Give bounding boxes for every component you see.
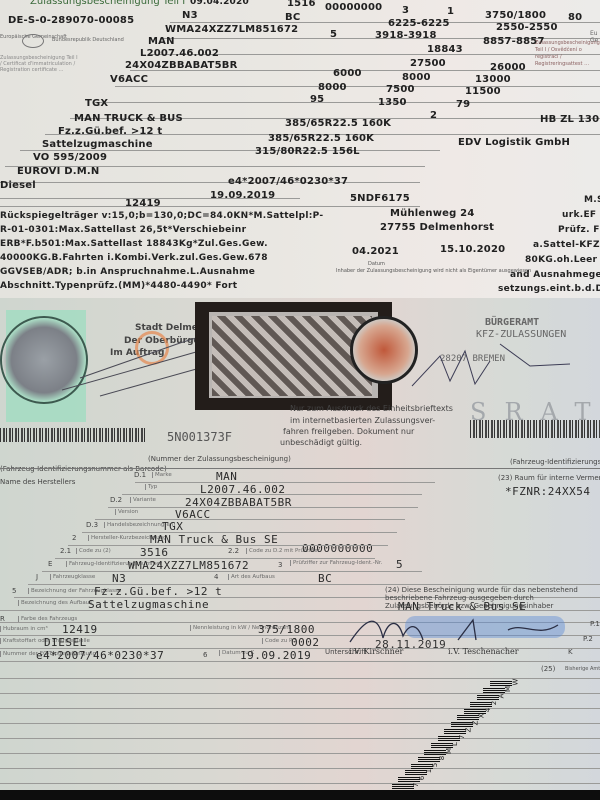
barcode-char: 4 <box>484 707 492 711</box>
field-K-type-value: L2007.46.002 <box>140 48 219 59</box>
part-one-header: Zulassungsbescheinigung Teil I <box>30 0 185 7</box>
right-value: 5NDF6175 <box>350 193 410 204</box>
code-D1: D.1 <box>134 471 146 479</box>
right-value: 385/65R22.5 160K <box>268 133 374 144</box>
right-value: 5 <box>330 29 337 40</box>
remark-right: 80KG.oh.Leer <box>525 255 597 265</box>
barcode-segment <box>405 769 427 775</box>
rule <box>42 571 422 572</box>
barcode-char: Z <box>464 728 472 733</box>
part2-code-d2-value: 0000000000 <box>302 542 373 555</box>
right-value: 95 <box>310 94 324 105</box>
code-K: K <box>568 648 573 656</box>
field-2-value: MAN TRUCK & BUS <box>74 113 183 124</box>
rule <box>68 545 388 546</box>
barcode-char: X <box>478 714 486 719</box>
field-5-class-value: Fz.z.Gü.bef. >12 t <box>58 126 162 137</box>
issuer-country: Bundesrepublik Deutschland <box>52 37 124 44</box>
right-value: 04.2021 <box>352 246 399 257</box>
right-value: 1350 <box>378 97 407 108</box>
code-2-2: 2.2 <box>228 547 239 555</box>
remark-right: M.S <box>584 195 600 205</box>
right-value: EDV Logistik GmbH <box>458 137 570 148</box>
barcode-char: A <box>497 693 505 698</box>
field-P1-value: 12419 <box>125 198 161 209</box>
rule <box>0 738 600 739</box>
barcode-segment <box>392 783 414 789</box>
barcode-segment <box>470 701 492 707</box>
field-D2-version-value: V6ACC <box>110 74 148 85</box>
right-value: 26000 <box>490 62 526 73</box>
barcode-segment <box>424 749 446 755</box>
right-value: 3 <box>402 5 409 16</box>
code-E: E <box>48 560 52 568</box>
right-value: 2 <box>430 110 437 121</box>
right-value: 80 <box>568 12 582 23</box>
barcode-char: L <box>451 742 459 746</box>
barcode-char: 7 <box>412 783 420 787</box>
rule <box>55 558 375 559</box>
right-value: 6000 <box>333 68 362 79</box>
remark-line: Abschnitt.Typenprüfz.(MM)*4480-4490* For… <box>0 281 237 291</box>
multilingual-heading: Zulassungsbescheinigung Teil I / Certifi… <box>0 55 80 73</box>
label: Prüfziffer zur Fahrzeug-Ident.-Nr. <box>290 560 382 566</box>
field-E-value: WMA24XZZ7LM851672 <box>165 24 298 35</box>
label: Hubraum in cm³ <box>0 626 48 632</box>
right-value: 315/80R22.5 156L <box>255 146 360 157</box>
code-4: 4 <box>214 573 218 581</box>
qr-frame <box>195 302 392 312</box>
field-D1-value: MAN <box>148 36 175 47</box>
barcode-char: M <box>504 686 512 692</box>
rule <box>20 150 440 151</box>
rule <box>122 494 422 495</box>
rule <box>0 783 600 784</box>
barcode-char: 1 <box>425 769 433 773</box>
bremen-seal-icon <box>350 316 418 384</box>
part2-check-digit-value: 5 <box>396 558 403 571</box>
label: Art des Aufbaus <box>228 574 275 580</box>
barcode-char: 8 <box>438 755 446 759</box>
remark-right: Prüfz. F <box>558 225 600 235</box>
manufacturer-label: Name des Herstellers <box>0 478 75 486</box>
right-value: 1 <box>447 6 454 17</box>
right-code-label: Bisherige Amtliche <box>565 666 600 672</box>
internal-notes-label: (23) Raum für interne Vermerke des Herst… <box>498 474 600 482</box>
rule <box>0 678 600 679</box>
code-D3: D.3 <box>86 521 98 529</box>
multilingual-note: Zulassungsbescheinigung Teil I / Osvědče… <box>535 40 600 68</box>
rule <box>0 182 420 183</box>
code-6: 6 <box>203 651 207 659</box>
code-P1: P.1 <box>590 620 600 628</box>
notice-line: im internetbasierten Zulassungsver- <box>290 416 435 425</box>
right-value: 3918-3918 <box>375 30 437 41</box>
right-value: 27755 Delmenhorst <box>380 222 494 233</box>
cert-number: 5N001373F <box>167 430 232 444</box>
label: Bezeichnung des Aufbaus <box>18 600 92 606</box>
office-line: BÜRGERAMT <box>485 317 539 328</box>
right-value: 13000 <box>475 74 511 85</box>
code-3: 3 <box>278 561 282 569</box>
code-P2: P.2 <box>583 635 593 643</box>
right-value: 27500 <box>410 58 446 69</box>
barcode-segment <box>483 687 505 693</box>
label: Code zu (2) <box>76 548 111 554</box>
right-value: Mühlenweg 24 <box>390 208 475 219</box>
remark-right: setzungs.eint.b.d.Dial <box>498 284 600 294</box>
right-value: 8000 <box>402 72 431 83</box>
rule <box>0 206 420 207</box>
right-value: 18843 <box>427 44 463 55</box>
right-value: 00000000 <box>325 2 382 13</box>
code-25: (25) <box>541 665 555 673</box>
barcode-segment <box>438 735 460 741</box>
remark-line: ERB*F.b501:Max.Sattellast 18843Kg*Zul.Ge… <box>0 239 268 249</box>
right-value: 2550-2550 <box>496 22 558 33</box>
remark-right: and Ausnahmegen <box>510 270 600 280</box>
vin-label: (Fahrzeug-Identifizierungsnummer) <box>510 458 600 466</box>
rule <box>108 507 418 508</box>
rule <box>28 584 600 585</box>
notice-line: Nur zum Ausdruck des Einheitsbrieftexts <box>290 404 453 413</box>
barcode-segment <box>418 756 440 762</box>
cert-barcode[interactable] <box>470 420 600 438</box>
rule <box>135 482 435 483</box>
remark-line: R-01-0301:Max.Sattellast 26,5t*Verschieb… <box>0 225 246 235</box>
qr-code-icon <box>212 316 372 396</box>
remark-right: urk.EF 5 <box>562 210 600 220</box>
remark-line: 40000KG.B.Fahrten i.Kombi.Verk.zul.Ges.G… <box>0 253 268 263</box>
right-value: HB ZL 130 <box>540 114 599 125</box>
rule <box>0 693 600 694</box>
field-K-approval-value: e4*2007/46*0230*37 <box>228 176 348 187</box>
field-6-value: 19.09.2019 <box>210 190 275 201</box>
right-value: 8000 <box>318 82 347 93</box>
rule <box>0 768 600 769</box>
internal-notes-value: *FZNR:24XX54 <box>505 485 590 498</box>
date-label: Datum <box>368 261 385 267</box>
registration-part-one: Zulassungsbescheinigung Teil I DE-S-0-28… <box>0 0 600 300</box>
field-P3-value: Diesel <box>0 180 36 191</box>
field-J-value: N3 <box>182 10 198 21</box>
barcode-char: 5 <box>431 762 439 766</box>
vehicle-registration-document: Zulassungsbescheinigung Teil I DE-S-0-28… <box>0 0 600 800</box>
field-D2-variant-value: 24X04ZBBABAT5BR <box>125 60 237 71</box>
right-value: 7500 <box>386 84 415 95</box>
label: Typ <box>145 484 157 490</box>
right-value: 6225-6225 <box>388 18 450 29</box>
rule <box>95 519 405 520</box>
date-note: Inhaber der Zulassungsbescheinigung wird… <box>336 268 531 274</box>
right-value: 11500 <box>465 86 501 97</box>
label: Variante <box>130 497 156 503</box>
field-D3-value: TGX <box>85 98 108 109</box>
cert-number-label: (Nummer der Zulassungsbescheinigung) <box>148 455 291 463</box>
right-value: 385/65R22.5 160K <box>285 118 391 129</box>
code-D2: D.2 <box>110 496 122 504</box>
right-value: 15.10.2020 <box>440 244 505 255</box>
remark-line: GGVSEB/ADR; b.in Anspruchnahme.L.Ausnahm… <box>0 267 255 277</box>
field-5-body-value: Sattelzugmaschine <box>42 139 153 150</box>
barcode-char: Z <box>471 721 479 726</box>
rule <box>0 468 600 469</box>
qr-frame <box>195 302 209 410</box>
field-14-value: EUROVI D.M.N <box>17 166 99 177</box>
barcode-segment <box>398 776 420 782</box>
barcode-segment <box>444 728 466 734</box>
remark-right: a.Sattel-KFZ <box>533 240 600 250</box>
barcode-char: 7 <box>458 735 466 739</box>
registration-part-two: Stadt Delmenhorst Der Oberbürgermeister … <box>0 298 600 790</box>
rule <box>0 708 600 709</box>
rule <box>0 723 600 724</box>
label: Version <box>115 509 138 515</box>
right-value: BC <box>285 12 300 23</box>
vin-barcode[interactable] <box>0 428 146 442</box>
barcode-segment <box>451 721 473 727</box>
code-2-1: 2.1 <box>60 547 71 555</box>
notice-line: fahren freilgeben. Dokument nur <box>283 427 414 436</box>
official-signature-icon <box>410 336 580 396</box>
rule <box>82 532 397 533</box>
label: Fahrzeugklasse <box>50 574 95 580</box>
remark-line: Rückspiegelträger v:15,0;b=130,0;DC=84.0… <box>0 211 323 221</box>
rule <box>0 661 600 662</box>
field-V9-value: VO 595/2009 <box>33 152 107 163</box>
doc-number-top: DE-S-0-289070-00085 <box>8 15 134 26</box>
date-top: 09.04.2020 <box>190 0 249 7</box>
rule <box>95 102 600 103</box>
right-value: 3750/1800 <box>485 10 546 21</box>
code-J: J <box>36 573 38 581</box>
manufacturer-signature-icon <box>348 610 578 650</box>
rule <box>0 753 600 754</box>
barcode-segment <box>431 742 453 748</box>
barcode-char: 2 <box>491 700 499 704</box>
photo-edge <box>0 790 600 800</box>
eu-logo-icon <box>22 34 44 48</box>
notice-line: unbeschädigt gültig. <box>280 438 362 447</box>
right-value: 1516 <box>287 0 316 9</box>
label: Marke <box>152 472 172 478</box>
barcode-char: 6 <box>418 776 426 780</box>
rule <box>115 86 600 87</box>
barcode-char: M <box>445 748 453 754</box>
barcode-segment <box>411 763 433 769</box>
barcode-char: W <box>511 679 519 686</box>
right-value: 79 <box>456 99 470 110</box>
barcode-segment <box>477 694 499 700</box>
code-5: 5 <box>12 587 16 595</box>
code-2: 2 <box>72 534 76 542</box>
